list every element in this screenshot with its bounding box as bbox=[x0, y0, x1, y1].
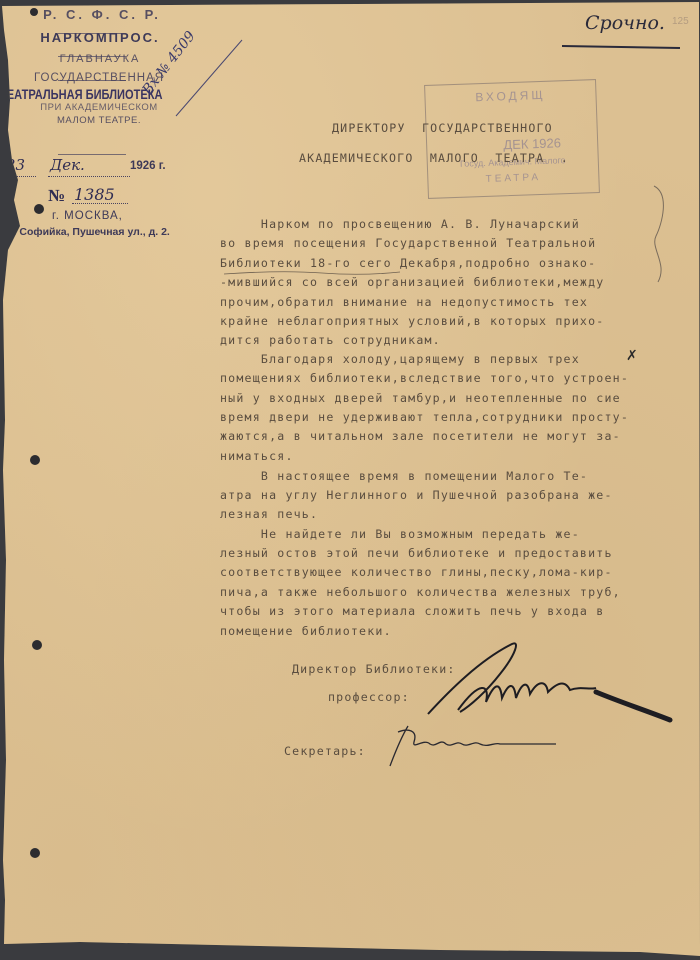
binding-hole bbox=[30, 8, 38, 16]
body-line: Благодаря холоду,царящему в первых трех bbox=[220, 352, 580, 366]
body-line: Не найдете ли Вы возможным передать же- bbox=[220, 527, 580, 541]
date-dotted-line bbox=[48, 176, 130, 177]
letterhead-divider bbox=[58, 154, 126, 155]
margin-bracket-icon bbox=[648, 184, 678, 284]
letterhead-divider bbox=[58, 33, 126, 34]
outgoing-number: 1385 bbox=[74, 185, 115, 204]
body-line: дится работать сотрудникам. bbox=[220, 333, 441, 347]
letterhead-divider bbox=[58, 80, 126, 81]
letterhead-library-name: ТЕАТРАЛЬНАЯ БИБЛИОТЕКА bbox=[0, 88, 148, 102]
correction-mark-icon: ✗ bbox=[626, 348, 638, 364]
body-line: крайне неблагоприятных условий,в которых… bbox=[220, 314, 604, 328]
body-line: ниматься. bbox=[220, 449, 294, 463]
number-dotted-line bbox=[72, 203, 128, 204]
city: г. МОСКВА, bbox=[52, 210, 123, 222]
binding-hole bbox=[32, 640, 42, 650]
binding-hole bbox=[34, 204, 44, 214]
addressee-line-2: АКАДЕМИЧЕСКОГО МАЛОГО ТЕАТРА . bbox=[299, 151, 569, 165]
body-line: ный у входных дверей тамбур,и неотепленн… bbox=[220, 391, 621, 405]
professor-label: профессор: bbox=[328, 690, 410, 704]
received-stamp-theatre: ТЕАТРА bbox=[428, 170, 598, 187]
date-dotted-line bbox=[8, 176, 36, 177]
body-line: время двери не удерживают тепла,сотрудни… bbox=[220, 410, 629, 424]
registration-slash-icon bbox=[172, 38, 244, 118]
outgoing-number-label: № bbox=[48, 186, 65, 206]
letterhead-theatre: МАЛОМ ТЕАТРЕ. bbox=[18, 116, 180, 126]
body-line: чтобы из этого материала сложить печь у … bbox=[220, 604, 604, 618]
body-line: лезный остов этой печи библиотеке и пред… bbox=[220, 546, 613, 560]
date-month: Дек. bbox=[50, 156, 85, 174]
letterhead-academic: ПРИ АКАДЕМИЧЕСКОМ bbox=[18, 103, 180, 113]
body-line: жаются,а в читальном зале посетители не … bbox=[220, 429, 621, 443]
received-stamp-title: ВХОДЯЩ bbox=[425, 86, 595, 106]
received-stamp: ВХОДЯЩ ДЕК 1926 Госуд. Академич. Малого … bbox=[424, 79, 600, 199]
date-year: 1926 г. bbox=[130, 160, 166, 172]
body-line: Нарком по просвещению А. В. Луначарский bbox=[220, 217, 580, 231]
body-line: лезная печь. bbox=[220, 507, 318, 521]
binding-hole bbox=[30, 848, 40, 858]
body-line: помещениях библиотеки,вследствие того,чт… bbox=[220, 371, 629, 385]
addressee-line-1: ДИРЕКТОРУ ГОСУДАРСТВЕННОГО bbox=[332, 121, 553, 135]
address: Б. Софийка, Пушечная ул., д. 2. bbox=[6, 226, 170, 238]
binding-hole bbox=[30, 455, 40, 465]
document-page: Р. С. Ф. С. Р. НАРКОМПРОС. ГЛАВНАУКА ГОС… bbox=[0, 0, 700, 960]
body-line: пича,а также небольшого количества желез… bbox=[220, 585, 621, 599]
date-day: 23 bbox=[6, 156, 25, 174]
pencil-underline-icon bbox=[222, 268, 402, 278]
urgent-underline bbox=[562, 45, 680, 49]
letterhead-divider bbox=[58, 56, 126, 57]
body-line: В настоящее время в помещении Малого Те- bbox=[220, 469, 588, 483]
director-signature-icon bbox=[420, 640, 680, 730]
body-line: помещение библиотеки. bbox=[220, 624, 392, 638]
urgent-note: Срочно. bbox=[585, 12, 665, 34]
secretary-label: Секретарь: bbox=[284, 744, 366, 758]
letterhead-stamp: Р. С. Ф. С. Р. НАРКОМПРОС. ГЛАВНАУКА ГОС… bbox=[0, 8, 180, 125]
secretary-signature-icon bbox=[384, 720, 564, 770]
letterhead-rsfsr: Р. С. Ф. С. Р. bbox=[24, 8, 180, 21]
body-line: соответствующее количество глины,песку,л… bbox=[220, 565, 613, 579]
page-number: 125 bbox=[672, 16, 689, 27]
body-line: атра на углу Неглинного и Пушечной разоб… bbox=[220, 488, 613, 502]
body-line: во время посещения Государственной Театр… bbox=[220, 236, 596, 250]
body-line: прочим,обратил внимание на недопустимост… bbox=[220, 295, 588, 309]
